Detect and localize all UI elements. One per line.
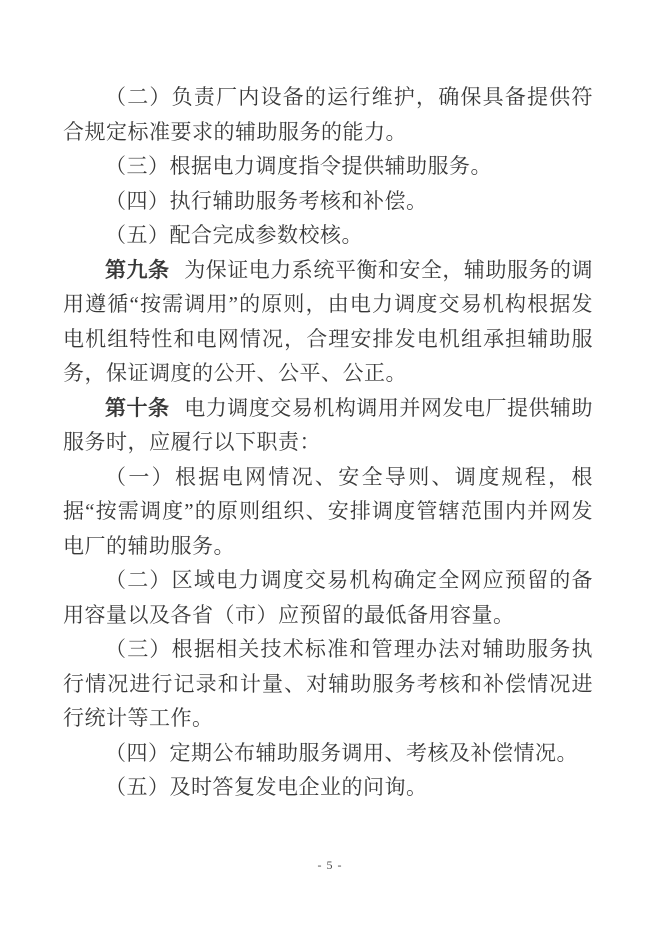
paragraph: （二）区域电力调度交易机构确定全网应预留的备用容量以及各省（市）应预留的最低备用… xyxy=(63,563,593,632)
article-number: 第十条 xyxy=(105,396,170,420)
article-number: 第九条 xyxy=(105,258,170,282)
page-number: - 5 - xyxy=(0,858,660,873)
paragraph: （三）根据电力调度指令提供辅助服务。 xyxy=(63,149,593,184)
paragraph: （四）执行辅助服务考核和补偿。 xyxy=(63,184,593,219)
document-body: （二）负责厂内设备的运行维护，确保具备提供符合规定标准要求的辅助服务的能力。 （… xyxy=(63,80,593,805)
paragraph: （二）负责厂内设备的运行维护，确保具备提供符合规定标准要求的辅助服务的能力。 xyxy=(63,80,593,149)
paragraph: （四）定期公布辅助服务调用、考核及补偿情况。 xyxy=(63,736,593,771)
paragraph: （一）根据电网情况、安全导则、调度规程，根据“按需调度”的原则组织、安排调度管辖… xyxy=(63,460,593,564)
document-page: （二）负责厂内设备的运行维护，确保具备提供符合规定标准要求的辅助服务的能力。 （… xyxy=(0,0,660,933)
paragraph-article-9: 第九条为保证电力系统平衡和安全，辅助服务的调用遵循“按需调用”的原则，由电力调度… xyxy=(63,253,593,391)
paragraph: （三）根据相关技术标准和管理办法对辅助服务执行情况进行记录和计量、对辅助服务考核… xyxy=(63,632,593,736)
paragraph: （五）及时答复发电企业的问询。 xyxy=(63,770,593,805)
paragraph: （五）配合完成参数校核。 xyxy=(63,218,593,253)
paragraph-article-10: 第十条电力调度交易机构调用并网发电厂提供辅助服务时，应履行以下职责： xyxy=(63,391,593,460)
